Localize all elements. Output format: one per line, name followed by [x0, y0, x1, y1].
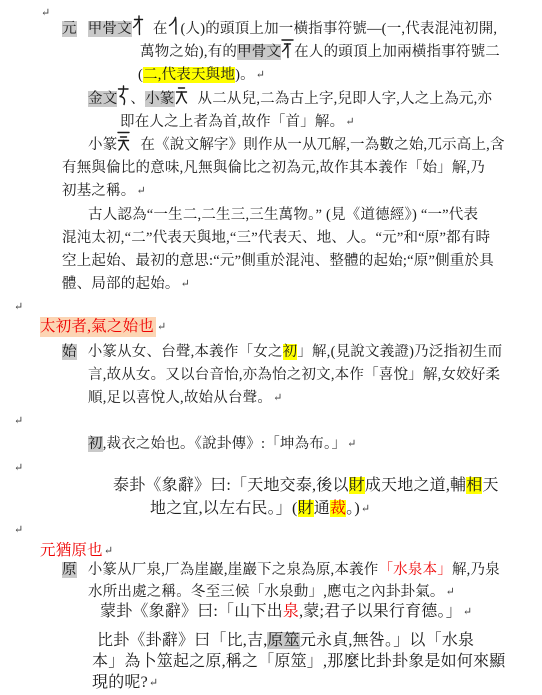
spacer — [77, 355, 88, 356]
text-run: 通 — [314, 500, 330, 517]
text-run: 現的呢? — [92, 674, 148, 691]
text-run: 古人認為“一生二,二生三,三生萬物。” (見《道德經》) “一”代表 — [88, 207, 478, 223]
gray-highlight-run: 甲骨文 — [237, 44, 281, 60]
oracle-bone-person-glyph — [168, 15, 181, 36]
section-heading-taichu: 太初者,氣之始也↵ — [40, 316, 166, 338]
text-run: 解,乃泉 — [452, 562, 500, 578]
text-run: 順,足以喜悅人,故始从台聲。 — [88, 390, 272, 406]
seal-yuan-glyph — [175, 85, 188, 106]
text-run: 泰卦《象辭》曰:「天地交泰,後以 — [113, 477, 349, 494]
paragraph-mark: ↵ — [40, 7, 50, 19]
spacer — [77, 573, 88, 574]
gray-highlight-run: 小篆 — [145, 91, 174, 107]
daodejing-line-1: 古人認為“一生二,二生三,三生萬物。” (見《道德經》) “一”代表 — [88, 204, 478, 226]
yellow-highlight-run: 二,代表天與地 — [143, 67, 235, 83]
paragraph-mark: ↵ — [272, 392, 282, 404]
paragraph-mark: ↵ — [360, 503, 370, 515]
yellow-highlight-run: 相 — [466, 477, 482, 494]
pilcrow-line: ↵ — [13, 296, 23, 318]
text-run: 元永貞,無咎。」以「水泉 — [300, 632, 474, 649]
red-text-run: 「水泉本」 — [378, 562, 452, 578]
paragraph-mark: ↵ — [13, 524, 23, 536]
oracle-bone-yuan-two-bar-glyph — [281, 38, 294, 59]
text-run: 。) — [346, 500, 360, 517]
gray-highlight-run: 金文 — [88, 91, 117, 107]
gray-highlight-run: 甲骨文 — [88, 21, 132, 37]
daodejing-line-2: 混沌太初,“二”代表天與地,“三”代表天、地、人。“元”和“原”都有時 — [62, 227, 490, 249]
text-run: 空上起始、最初的意思:“元”側重於混沌、整體的起始;“原”側重於具 — [62, 253, 494, 269]
chu-definition-line: 初,裁衣之始也。《說卦傳》:「坤為布。」↵ — [88, 433, 357, 455]
text-run: 在《說文解字》則作从一从兀解,一為數之始,兀示高上,含 — [140, 137, 504, 153]
bigua-quote-line-2: 本」為卜筮起之原,稱之「原筮」,那麼比卦卦象是如何來顯 — [92, 651, 505, 673]
gray-highlight-run: 初 — [88, 436, 103, 452]
bigua-quote-line-3: 現的呢?↵ — [92, 672, 158, 694]
pilcrow-line: ↵ — [13, 410, 23, 432]
yuan-shuowen-line-2: 有無與倫比的意味,凡無與倫比之初為元,故作其本義作「始」解,乃 — [62, 157, 485, 179]
text-run: 初基之稱。 — [62, 183, 136, 199]
text-run: 水所出處之稱。冬至三候「水泉動」,應屯之內卦卦氣。 — [88, 584, 445, 600]
text-run: (人)的頭頂上加一橫指事符號—(一,代表混沌初開, — [181, 21, 498, 37]
red-on-yellow-run: 裁 — [330, 500, 346, 517]
paragraph-mark: ↵ — [13, 462, 23, 474]
text-run: 在 — [153, 21, 168, 37]
paragraph-mark: ↵ — [156, 321, 166, 333]
text-run: 、 — [130, 91, 145, 107]
paragraph-mark: ↵ — [103, 545, 113, 557]
shi-definition-line-2: 言,故从女。又以台音怡,亦為怡之初文,本作「喜悅」解,女姣好柔 — [88, 364, 500, 386]
text-run: ,蒙;君子以果行育德。」 — [299, 603, 462, 620]
red-on-peach-run: 太初者,氣之始也 — [40, 317, 156, 337]
text-run: 成天地之道,輔 — [365, 477, 466, 494]
taigua-quote-line-1: 泰卦《象辭》曰:「天地交泰,後以財成天地之道,輔相天 — [113, 475, 499, 497]
text-run: 言,故从女。又以台音怡,亦為怡之初文,本作「喜悅」解,女姣好柔 — [88, 367, 500, 383]
red-text-run: 元猶原也 — [40, 542, 103, 559]
bronze-yuan-glyph — [117, 85, 130, 106]
yuan2-definition-line-1: 原小篆从厂泉,厂為崖巖,崖巖下之泉為原,本義作「水泉本」解,乃泉 — [62, 559, 500, 581]
text-run: 地之宜,以左右民。」( — [150, 500, 298, 517]
yuan-bronze-seal-line-2: 即在人之上者為首,故作「首」解。↵ — [120, 111, 355, 133]
text-run: 」解,(見說文義證)乃泛指初生而 — [297, 344, 502, 360]
text-run: 从二从兒,二為古上字,兒即人字,人之上為元,亦 — [198, 91, 493, 107]
text-run: 小篆 — [88, 137, 117, 153]
yuan-oraclebone-line-2: 萬物之始),有的甲骨文在人的頭頂上加兩橫指事符號二 — [140, 41, 500, 63]
paragraph-mark: ↵ — [148, 677, 158, 689]
text-run: 萬物之始),有的 — [140, 44, 237, 60]
paragraph-mark: ↵ — [13, 301, 23, 313]
text-run: 小篆从女、台聲,本義作「女之 — [88, 344, 283, 360]
yuan-shuowen-line-3: 初基之稱。↵ — [62, 180, 146, 202]
taigua-quote-line-2: 地之宜,以左右民。」(財通裁。)↵ — [150, 498, 370, 520]
paragraph-mark: ↵ — [346, 438, 356, 450]
pilcrow-line: ↵ — [13, 457, 23, 479]
shi-definition-line-1: 始小篆从女、台聲,本義作「女之初」解,(見說文義證)乃泛指初生而 — [62, 341, 502, 363]
paragraph-mark: ↵ — [180, 278, 190, 290]
text-run: ,裁衣之始也。《說卦傳》:「坤為布。」 — [103, 436, 346, 452]
text-run: 混沌太初,“二”代表天與地,“三”代表天、地、人。“元”和“原”都有時 — [62, 230, 490, 246]
bigua-quote-line-1: 比卦《卦辭》曰「比,吉,原筮元永貞,無咎。」以「水泉 — [97, 630, 474, 652]
text-run: )。 — [235, 67, 255, 83]
paragraph-mark: ↵ — [445, 586, 455, 598]
text-run: 天 — [482, 477, 498, 494]
spacer — [145, 32, 153, 33]
gray-highlight-run: 元 — [62, 21, 77, 37]
paragraph-mark: ↵ — [255, 69, 265, 81]
text-run: 體、局部的起始。 — [62, 276, 180, 292]
yellow-highlight-run: 財 — [349, 477, 365, 494]
paragraph-mark: ↵ — [13, 415, 23, 427]
text-run: 本」為卜筮起之原,稱之「原筮」,那麼比卦卦象是如何來顯 — [92, 653, 505, 670]
text-run: 即在人之上者為首,故作「首」解。 — [120, 114, 344, 130]
text-run: 蒙卦《象辭》曰:「山下出 — [100, 603, 283, 620]
daodejing-line-4: 體、局部的起始。↵ — [62, 273, 190, 295]
gray-highlight-run: 始 — [62, 344, 77, 360]
yuan-bronze-seal-line-1: 金文、小篆从二从兒,二為古上字,兒即人字,人之上為元,亦 — [88, 88, 492, 110]
text-run: 在人的頭頂上加兩橫指事符號二 — [294, 44, 500, 60]
gray-highlight-run: 原筮 — [267, 632, 299, 649]
yellow-highlight-run: 財 — [298, 500, 314, 517]
yellow-highlight-run: 初 — [283, 344, 298, 360]
paragraph-mark: ↵ — [344, 116, 354, 128]
red-text-run: 泉 — [283, 603, 299, 620]
shi-definition-line-3: 順,足以喜悅人,故始从台聲。↵ — [88, 387, 282, 409]
pilcrow-line: ↵ — [40, 2, 50, 24]
yuan2-definition-line-2: 水所出處之稱。冬至三候「水泉動」,應屯之內卦卦氣。↵ — [88, 581, 455, 603]
text-run: 比卦《卦辭》曰「比,吉, — [97, 632, 267, 649]
spacer — [130, 148, 140, 149]
oracle-bone-yuan-glyph — [132, 15, 145, 36]
spacer — [188, 102, 198, 103]
pilcrow-line: ↵ — [13, 519, 23, 541]
daodejing-line-3: 空上起始、最初的意思:“元”側重於混沌、整體的起始;“原”側重於具 — [62, 250, 494, 272]
yuan-oraclebone-line-3: (二,代表天與地)。↵ — [138, 64, 265, 86]
paragraph-mark: ↵ — [136, 185, 146, 197]
yuan-shuowen-line-1: 小篆在《說文解字》則作从一从兀解,一為數之始,兀示高上,含 — [88, 134, 505, 156]
text-run: 有無與倫比的意味,凡無與倫比之初為元,故作其本義作「始」解,乃 — [62, 160, 485, 176]
menggua-quote-line: 蒙卦《象辭》曰:「山下出泉,蒙;君子以果行育德。」↵ — [100, 601, 472, 623]
document-page: ↵元甲骨文在(人)的頭頂上加一橫指事符號—(一,代表混沌初開,萬物之始),有的甲… — [0, 0, 542, 695]
seal-yuan-overline-glyph — [117, 131, 130, 152]
text-run: 小篆从厂泉,厂為崖巖,崖巖下之泉為原,本義作 — [88, 562, 379, 578]
spacer — [77, 32, 88, 33]
paragraph-mark: ↵ — [462, 606, 472, 618]
gray-highlight-run: 原 — [62, 562, 77, 578]
yuan-oraclebone-line-1: 元甲骨文在(人)的頭頂上加一橫指事符號—(一,代表混沌初開, — [62, 18, 497, 40]
